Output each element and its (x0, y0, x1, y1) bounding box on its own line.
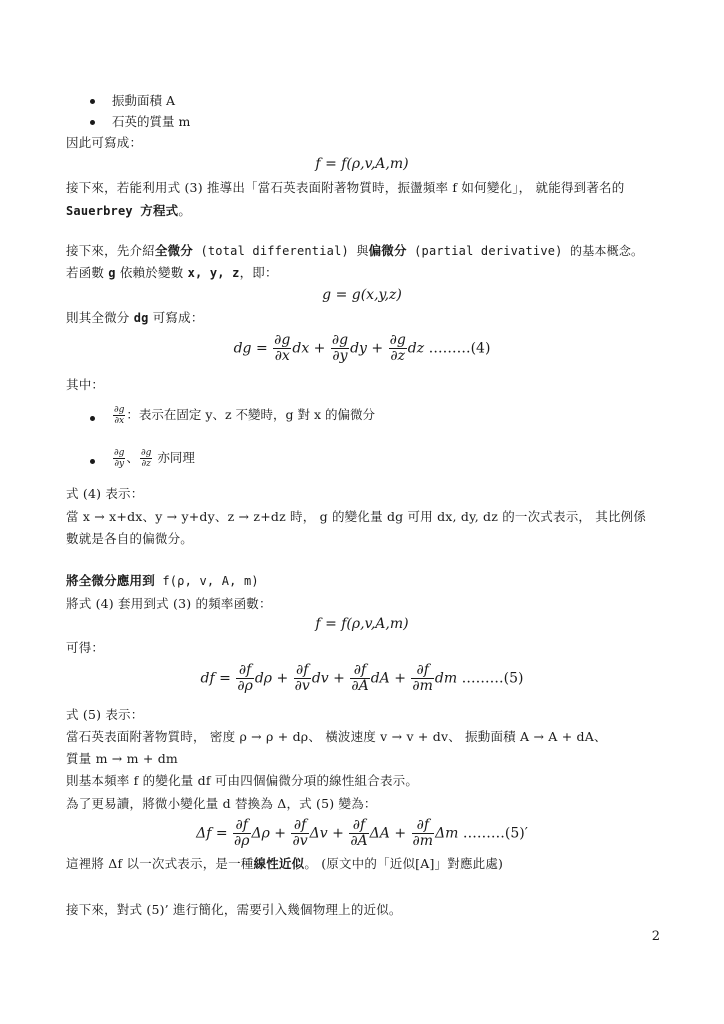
paragraph-get: 可得： (66, 640, 104, 656)
fraction: ∂g∂x (113, 405, 125, 426)
equation-f-function: f = f(ρ,v,A,m) (0, 156, 724, 172)
eq-lhs: g (322, 287, 331, 303)
vars-xyz: x, y, z (188, 266, 240, 280)
numerator: ∂g (113, 448, 125, 459)
fraction: ∂f∂m (411, 663, 434, 694)
text: 。 (原文中的「近似[A]」對應此處) (304, 856, 503, 871)
fraction: ∂f∂v (291, 818, 308, 849)
fraction: ∂f∂A (349, 818, 368, 849)
paragraph-when-2: 數就是各自的偏微分。 (66, 531, 193, 547)
period: 。 (178, 203, 191, 218)
denominator: ∂v (291, 834, 308, 849)
bullet-content: ∂g∂y、∂g∂z 亦同理 (112, 448, 195, 469)
differential: dρ (255, 671, 272, 687)
text: (partial derivative) 的基本概念。 (407, 244, 644, 258)
equation-g-function: g = g(x,y,z) (0, 287, 724, 303)
paragraph-sauerbrey-name: Sauerbrey 方程式。 (66, 203, 191, 219)
denominator: ∂v (294, 679, 311, 694)
equation-bold-text: 方程式 (140, 203, 178, 218)
text: 這裡將 Δf 以一次式表示，是一種 (66, 856, 254, 871)
fraction: ∂f∂m (412, 818, 435, 849)
bullet-text: ：表示在固定 y、z 不變時，g 對 x 的偏微分 (126, 407, 375, 422)
differential: dy (350, 341, 367, 357)
equation-4: dg = ∂g∂xdx + ∂g∂ydy + ∂g∂zdz ………(4) (0, 333, 724, 364)
bullet-icon (90, 459, 95, 464)
differential: Δρ (252, 826, 270, 842)
denominator: ∂z (389, 349, 407, 364)
eq-lhs: df (201, 671, 215, 687)
text: ，即： (240, 265, 278, 280)
text: 則其全微分 (66, 310, 134, 325)
page-number: 2 (652, 929, 660, 944)
differential: dm (435, 671, 457, 687)
differential: Δv (310, 826, 328, 842)
numerator: ∂f (350, 663, 369, 679)
bullet-icon (90, 120, 95, 125)
bold-partial-derivative: 偏微分 (369, 243, 407, 258)
paragraph-intro-differentials: 接下來，先介紹全微分 (total differential) 與偏微分 (pa… (66, 243, 643, 259)
equation-tag: ………(4) (429, 341, 491, 357)
paragraph-total-differential: 則其全微分 dg 可寫成： (66, 310, 204, 326)
var-g: g (108, 266, 115, 280)
bullet-text: 振動面積 A (112, 93, 175, 109)
bullet-content: ∂g∂x：表示在固定 y、z 不變時，g 對 x 的偏微分 (112, 405, 375, 426)
eq-lhs: f (315, 616, 320, 632)
paragraph-simplify: 接下來，對式 (5)’ 進行簡化，需要引入幾個物理上的近似。 (66, 902, 402, 918)
fraction: ∂g∂y (113, 448, 125, 469)
numerator: ∂f (236, 663, 253, 679)
denominator: ∂y (113, 459, 125, 469)
paragraph-when-1: 當 x → x+dx、y → y+dy、z → z+dz 時， g 的變化量 d… (66, 509, 646, 525)
numerator: ∂g (140, 448, 152, 459)
differential: dA (371, 671, 390, 687)
numerator: ∂f (349, 818, 368, 834)
bullet-text: 石英的質量 m (112, 114, 190, 130)
section-heading-apply: 將全微分應用到 f(ρ, v, A, m) (66, 573, 259, 589)
numerator: ∂g (389, 333, 407, 349)
bullet-icon (90, 416, 95, 421)
differential: Δm (435, 826, 458, 842)
fraction: ∂g∂y (331, 333, 349, 364)
paragraph-where: 其中： (66, 377, 104, 393)
paragraph-attach-1: 當石英表面附著物質時， 密度 ρ → ρ + dρ、 橫波速度 v → v + … (66, 729, 607, 745)
fraction: ∂f∂ρ (236, 663, 253, 694)
numerator: ∂f (412, 818, 435, 834)
equation-5: df = ∂f∂ρdρ + ∂f∂vdv + ∂f∂AdA + ∂f∂mdm …… (0, 663, 724, 694)
denominator: ∂x (273, 349, 291, 364)
differential: dx (292, 341, 309, 357)
fraction: ∂f∂ρ (233, 818, 250, 849)
denominator: ∂A (349, 834, 368, 849)
text: 接下來，先介紹 (66, 243, 155, 258)
heading-bold: 將全微分應用到 (66, 573, 155, 588)
bold-linear-approx: 線性近似 (254, 856, 305, 871)
paragraph-eq4-means: 式 (4) 表示： (66, 486, 143, 502)
denominator: ∂m (411, 679, 434, 694)
fraction: ∂g∂z (389, 333, 407, 364)
text: 依賴於變數 (116, 265, 188, 280)
text: (total differential) 與 (193, 244, 369, 258)
denominator: ∂m (412, 834, 435, 849)
fraction: ∂g∂z (140, 448, 152, 469)
denominator: ∂z (140, 459, 152, 469)
text: 若函數 (66, 265, 108, 280)
differential: dv (312, 671, 329, 687)
numerator: ∂f (291, 818, 308, 834)
sauerbrey-text: Sauerbrey (66, 204, 140, 218)
numerator: ∂g (273, 333, 291, 349)
equation-5-prime: Δf = ∂f∂ρΔρ + ∂f∂vΔv + ∂f∂AΔA + ∂f∂mΔm …… (0, 818, 724, 849)
numerator: ∂g (113, 405, 125, 416)
separator: 、 (126, 450, 139, 465)
denominator: ∂x (113, 416, 125, 426)
eq-lhs: f (315, 156, 320, 172)
denominator: ∂ρ (236, 679, 253, 694)
var-dg: dg (134, 311, 149, 325)
paragraph-readable: 為了更易讀，將微小變化量 d 替換為 Δ，式 (5) 變為： (66, 796, 377, 812)
paragraph-linear-approx: 這裡將 Δf 以一次式表示，是一種線性近似。 (原文中的「近似[A]」對應此處) (66, 856, 503, 872)
fraction: ∂g∂x (273, 333, 291, 364)
paragraph-attach-2: 質量 m → m + dm (66, 751, 178, 767)
fraction: ∂f∂v (294, 663, 311, 694)
paragraph-therefore: 因此可寫成： (66, 135, 142, 151)
eq-rhs: f(ρ,v,A,m) (341, 156, 408, 172)
heading-rest: f(ρ, v, A, m) (155, 574, 259, 588)
fraction: ∂f∂A (350, 663, 369, 694)
numerator: ∂f (233, 818, 250, 834)
paragraph-linear-combination: 則基本頻率 f 的變化量 df 可由四個偏微分項的線性組合表示。 (66, 773, 418, 789)
numerator: ∂g (331, 333, 349, 349)
eq-rhs: f(ρ,v,A,m) (341, 616, 408, 632)
equation-tag: ………(5)′ (463, 826, 528, 842)
numerator: ∂f (294, 663, 311, 679)
differential: ΔA (370, 826, 390, 842)
eq-lhs: Δf (196, 826, 211, 842)
bullet-text: 亦同理 (153, 450, 194, 465)
paragraph-next-sauerbrey: 接下來，若能利用式 (3) 推導出「當石英表面附著物質時，振盪頻率 f 如何變化… (66, 180, 624, 196)
bullet-icon (90, 99, 95, 104)
eq-rhs: g(x,y,z) (352, 287, 402, 303)
differential: dz (408, 341, 424, 357)
document-page: 振動面積 A 石英的質量 m 因此可寫成： f = f(ρ,v,A,m) 接下來… (0, 0, 724, 1024)
paragraph-eq5-means: 式 (5) 表示： (66, 707, 143, 723)
denominator: ∂ρ (233, 834, 250, 849)
denominator: ∂y (331, 349, 349, 364)
paragraph-apply: 將式 (4) 套用到式 (3) 的頻率函數： (66, 596, 272, 612)
paragraph-if-function: 若函數 g 依賴於變數 x, y, z，即： (66, 265, 278, 281)
text: 可寫成： (149, 310, 204, 325)
eq-lhs: dg (234, 341, 252, 357)
denominator: ∂A (350, 679, 369, 694)
bold-total-differential: 全微分 (155, 243, 193, 258)
numerator: ∂f (411, 663, 434, 679)
equation-f-function-2: f = f(ρ,v,A,m) (0, 616, 724, 632)
equation-tag: ………(5) (462, 671, 524, 687)
